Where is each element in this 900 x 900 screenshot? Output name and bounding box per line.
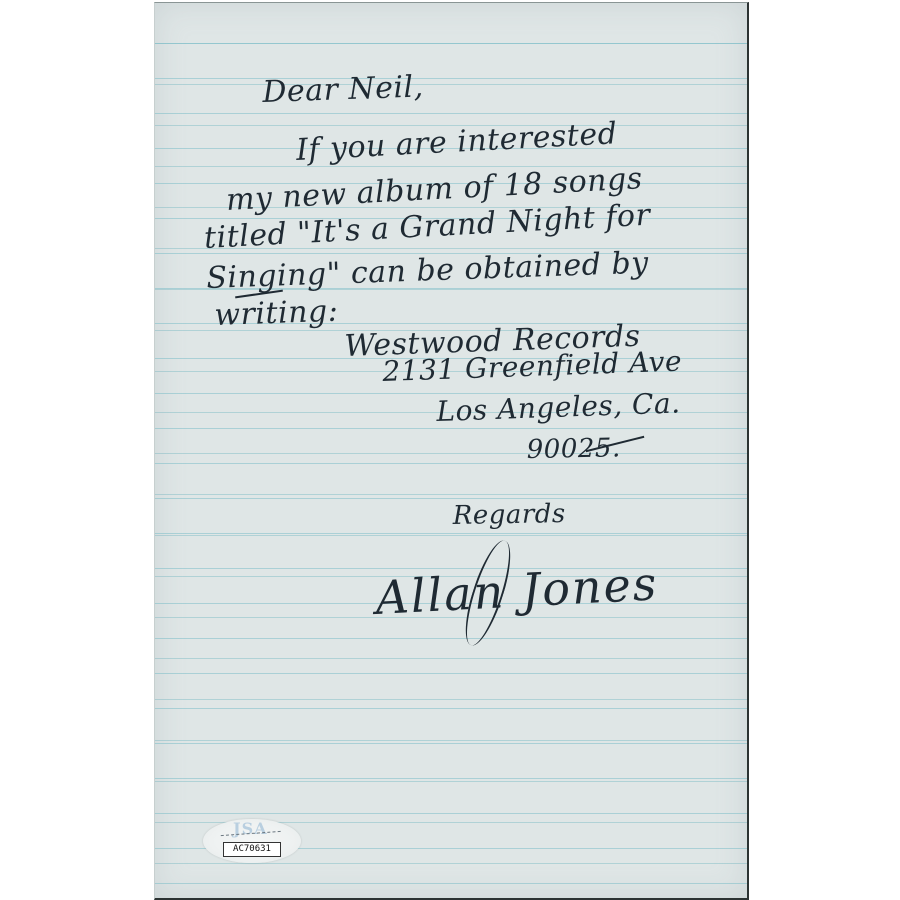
- letter-body-line: If you are interested: [295, 116, 618, 168]
- jsa-authentication-sticker: JSA AC70631: [203, 819, 301, 863]
- letter-body-line: writing:: [214, 294, 339, 333]
- image-stage: Dear Neil, If you are interested my new …: [0, 0, 900, 900]
- address-zip: 90025.: [526, 433, 620, 465]
- letter-body-line: Singing" can be obtained by: [206, 246, 649, 296]
- signature: Allan Jones: [374, 556, 659, 625]
- letter-paper: Dear Neil, If you are interested my new …: [154, 2, 749, 900]
- certificate-number: AC70631: [223, 842, 281, 857]
- letter-greeting: Dear Neil,: [262, 69, 424, 110]
- letter-closing: Regards: [452, 499, 566, 531]
- address-city: Los Angeles, Ca.: [436, 386, 681, 428]
